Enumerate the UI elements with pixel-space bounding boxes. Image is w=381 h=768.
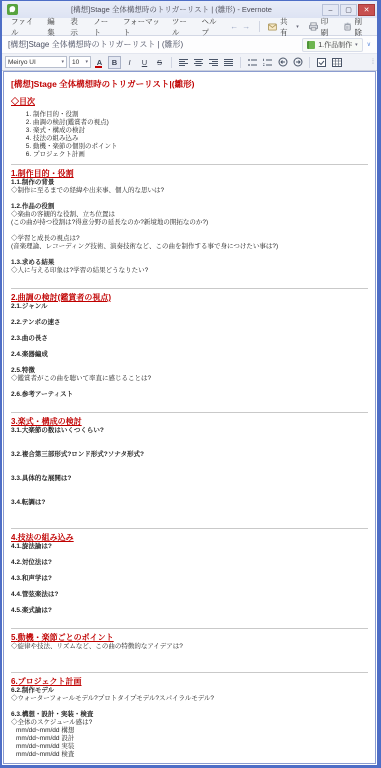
subheading-line: 6.2.制作モデル [11,687,368,695]
blank-line [11,343,368,351]
indent-icon [293,57,303,67]
toc-item: 曲調の検討(鑑賞者の視点) [33,119,368,127]
italic-button[interactable]: I [123,56,136,69]
checkbox-button[interactable] [315,56,328,69]
subheading-line: 2.3.曲の長さ [11,335,368,343]
toc-item: プロジェクト計画 [33,151,368,159]
color-swatch [95,66,102,68]
subheading-line: 4.4.管弦楽法は? [11,591,368,599]
strikethrough-button[interactable]: S [153,56,166,69]
share-button[interactable]: 共有 ▾ [263,15,304,39]
font-family-select[interactable]: Meiryo UI ▾ [5,56,67,68]
divider [259,21,260,32]
align-left-icon [179,58,188,67]
subheading-line: 4.5.楽式論は? [11,607,368,615]
table-icon [332,58,342,67]
subheading-line: 3.2.複合第三部形式?ロンド形式?ソナタ形式? [11,451,368,459]
align-right-icon [209,58,218,67]
notebook-picker[interactable]: 1.作品制作 ▾ [302,38,362,52]
outdent-button[interactable] [276,56,289,69]
chevron-down-icon: ▾ [61,59,64,65]
delete-button[interactable]: 削除 [339,15,373,39]
section-heading: 4.技法の組み込み [11,533,368,543]
blank-line [11,311,368,319]
toc-item: 技法の組み込み [33,135,368,143]
menu-bar: ファイル編集表示ノートフォーマットツールヘルプ ← → 共有 ▾ 印刷 [2,18,377,36]
underline-button[interactable]: U [138,56,151,69]
blank-line [11,459,368,467]
blank-line [11,515,368,523]
subheading-line: 4.1.旋法論は? [11,543,368,551]
blank-line [11,399,368,407]
section-heading: 5.動機・楽節ごとのポイント [11,633,368,643]
format-toolbar: Meiryo UI ▾ 10 ▾ A B I U S [2,54,377,71]
toc-item: 動機・楽節の個別のポイント [33,143,368,151]
text-line: ◇学習と成長の視点は? [11,235,368,243]
subheading-line: 2.1.ジャンル [11,303,368,311]
blank-line [11,435,368,443]
align-center-button[interactable] [192,56,205,69]
text-line: ◇全体のスケジュール感は? [11,719,368,727]
note-editor[interactable]: [構想]Stage 全体構想時のトリガーリスト|(雛形) ◇目次 制作目的・役割… [3,71,376,764]
printer-icon [309,22,318,31]
blank-line [11,599,368,607]
blank-line [11,615,368,623]
align-justify-button[interactable] [222,56,235,69]
blank-line [11,583,368,591]
indent-button[interactable] [291,56,304,69]
blank-line [11,483,368,491]
divider [309,57,310,68]
text-line: ◇ウォーターフォールモデル?プロトタイプモデル?スパイラルモデル? [11,695,368,703]
toolbar-overflow[interactable]: ⁞ [372,59,374,66]
subheading-line: 3.3.具体的な展開は? [11,475,368,483]
section-heading: 3.楽式・構成の検討 [11,417,368,427]
envelope-icon [268,23,277,31]
blank-line [11,443,368,451]
align-left-button[interactable] [177,56,190,69]
notebook-name: 1.作品制作 [318,40,352,50]
align-justify-icon [224,58,233,67]
subheading-line: 4.2.対位法は? [11,559,368,567]
toc-list: 制作目的・役割曲調の検討(鑑賞者の視点)楽式・構成の検討技法の組み込み動機・楽節… [33,111,368,159]
text-line: mm/dd~mm/dd 構想 [11,727,368,735]
subheading-line: 6.3.構想・設計・実装・検査 [11,711,368,719]
text-line: ◇人に与える印象は?学習の結果どうなりたい? [11,267,368,275]
outdent-icon [278,57,288,67]
note-header: [構想]Stage 全体構想時のトリガーリスト | (雛形) 1.作品制作 ▾ … [2,36,377,54]
sections-container: 1.制作目的・役割1.1.制作の背景◇制作に至るまでの経緯や出来事、個人的な思い… [11,164,368,759]
subheading-line: 4.3.和声学は? [11,575,368,583]
subheading-line: 2.4.楽器編成 [11,351,368,359]
text-line: ◇楽曲の客観的な役割、立ち位置は [11,211,368,219]
note-info-chevron[interactable]: ∨ [367,41,371,48]
text-line: mm/dd~mm/dd 設計 [11,735,368,743]
blank-line [11,251,368,259]
bullet-list-icon [248,58,257,67]
font-size-select[interactable]: 10 ▾ [69,56,91,68]
align-right-button[interactable] [207,56,220,69]
text-line: mm/dd~mm/dd 実装 [11,743,368,751]
blank-line [11,567,368,575]
subheading-line: 3.4.転調は? [11,499,368,507]
toc-heading: ◇目次 [11,96,368,107]
numbered-list-icon [263,58,272,67]
bullet-list-button[interactable] [246,56,259,69]
chevron-down-icon: ▾ [85,59,88,65]
section-divider [11,288,368,289]
section-divider [11,672,368,673]
blank-line [11,651,368,659]
forward-button[interactable]: → [242,22,250,31]
trash-icon [344,22,351,31]
blank-line [11,227,368,235]
toc-item: 楽式・構成の検討 [33,127,368,135]
blank-line [11,551,368,559]
blank-line [11,703,368,711]
subheading-line: 2.5.特徴 [11,367,368,375]
chevron-down-icon: ▾ [296,24,299,30]
subheading-line: 3.1.大楽節の数はいくつくらい? [11,427,368,435]
subheading-line: 2.2.テンポの速さ [11,319,368,327]
bold-button[interactable]: B [108,56,121,69]
print-button[interactable]: 印刷 [304,15,340,39]
section-divider [11,528,368,529]
font-color-button[interactable]: A [93,56,106,69]
text-line: (音楽理論、レコーディング技術、演奏技術など、この曲を制作する事で身につけたい事… [11,243,368,251]
blank-line [11,383,368,391]
blank-line [11,507,368,515]
blank-line [11,327,368,335]
checkbox-icon [317,58,326,67]
section-divider [11,164,368,165]
divider [171,57,172,68]
numbered-list-button[interactable] [261,56,274,69]
text-line: ◇制作に至るまでの経緯や出来事、個人的な思いは? [11,187,368,195]
section-divider [11,628,368,629]
blank-line [11,491,368,499]
toc-item: 制作目的・役割 [33,111,368,119]
blank-line [11,275,368,283]
notebook-icon [307,41,315,49]
text-line: ◇鑑賞者がこの曲を聴いて率直に感じることは? [11,375,368,383]
subheading-line: 1.3.求める結果 [11,259,368,267]
align-center-icon [194,58,203,67]
text-line: mm/dd~mm/dd 検査 [11,751,368,759]
blank-line [11,659,368,667]
divider [240,57,241,68]
text-line: (この曲が持つ役割は?得意分野の延長なのか?新境地の開拓なのか?) [11,219,368,227]
subheading-line: 1.1.制作の背景 [11,179,368,187]
note-title-input[interactable]: [構想]Stage 全体構想時のトリガーリスト | (雛形) [8,39,302,50]
chevron-down-icon: ▾ [355,42,358,48]
section-divider [11,412,368,413]
text-line: ◇旋律や技法、リズムなど、この曲の特徴的なアイデアは? [11,643,368,651]
note-heading: [構想]Stage 全体構想時のトリガーリスト|(雛形) [11,78,368,90]
back-button[interactable]: ← [230,22,238,31]
section-heading: 1.制作目的・役割 [11,169,368,179]
section-heading: 6.プロジェクト計画 [11,677,368,687]
evernote-window: [構想]Stage 全体構想時のトリガーリスト | (雛形) - Evernot… [0,0,381,768]
table-button[interactable] [330,56,343,69]
blank-line [11,467,368,475]
subheading-line: 2.6.参考アーティスト [11,391,368,399]
blank-line [11,359,368,367]
subheading-line: 1.2.作品の役割 [11,203,368,211]
blank-line [11,195,368,203]
section-heading: 2.曲調の検討(鑑賞者の視点) [11,293,368,303]
